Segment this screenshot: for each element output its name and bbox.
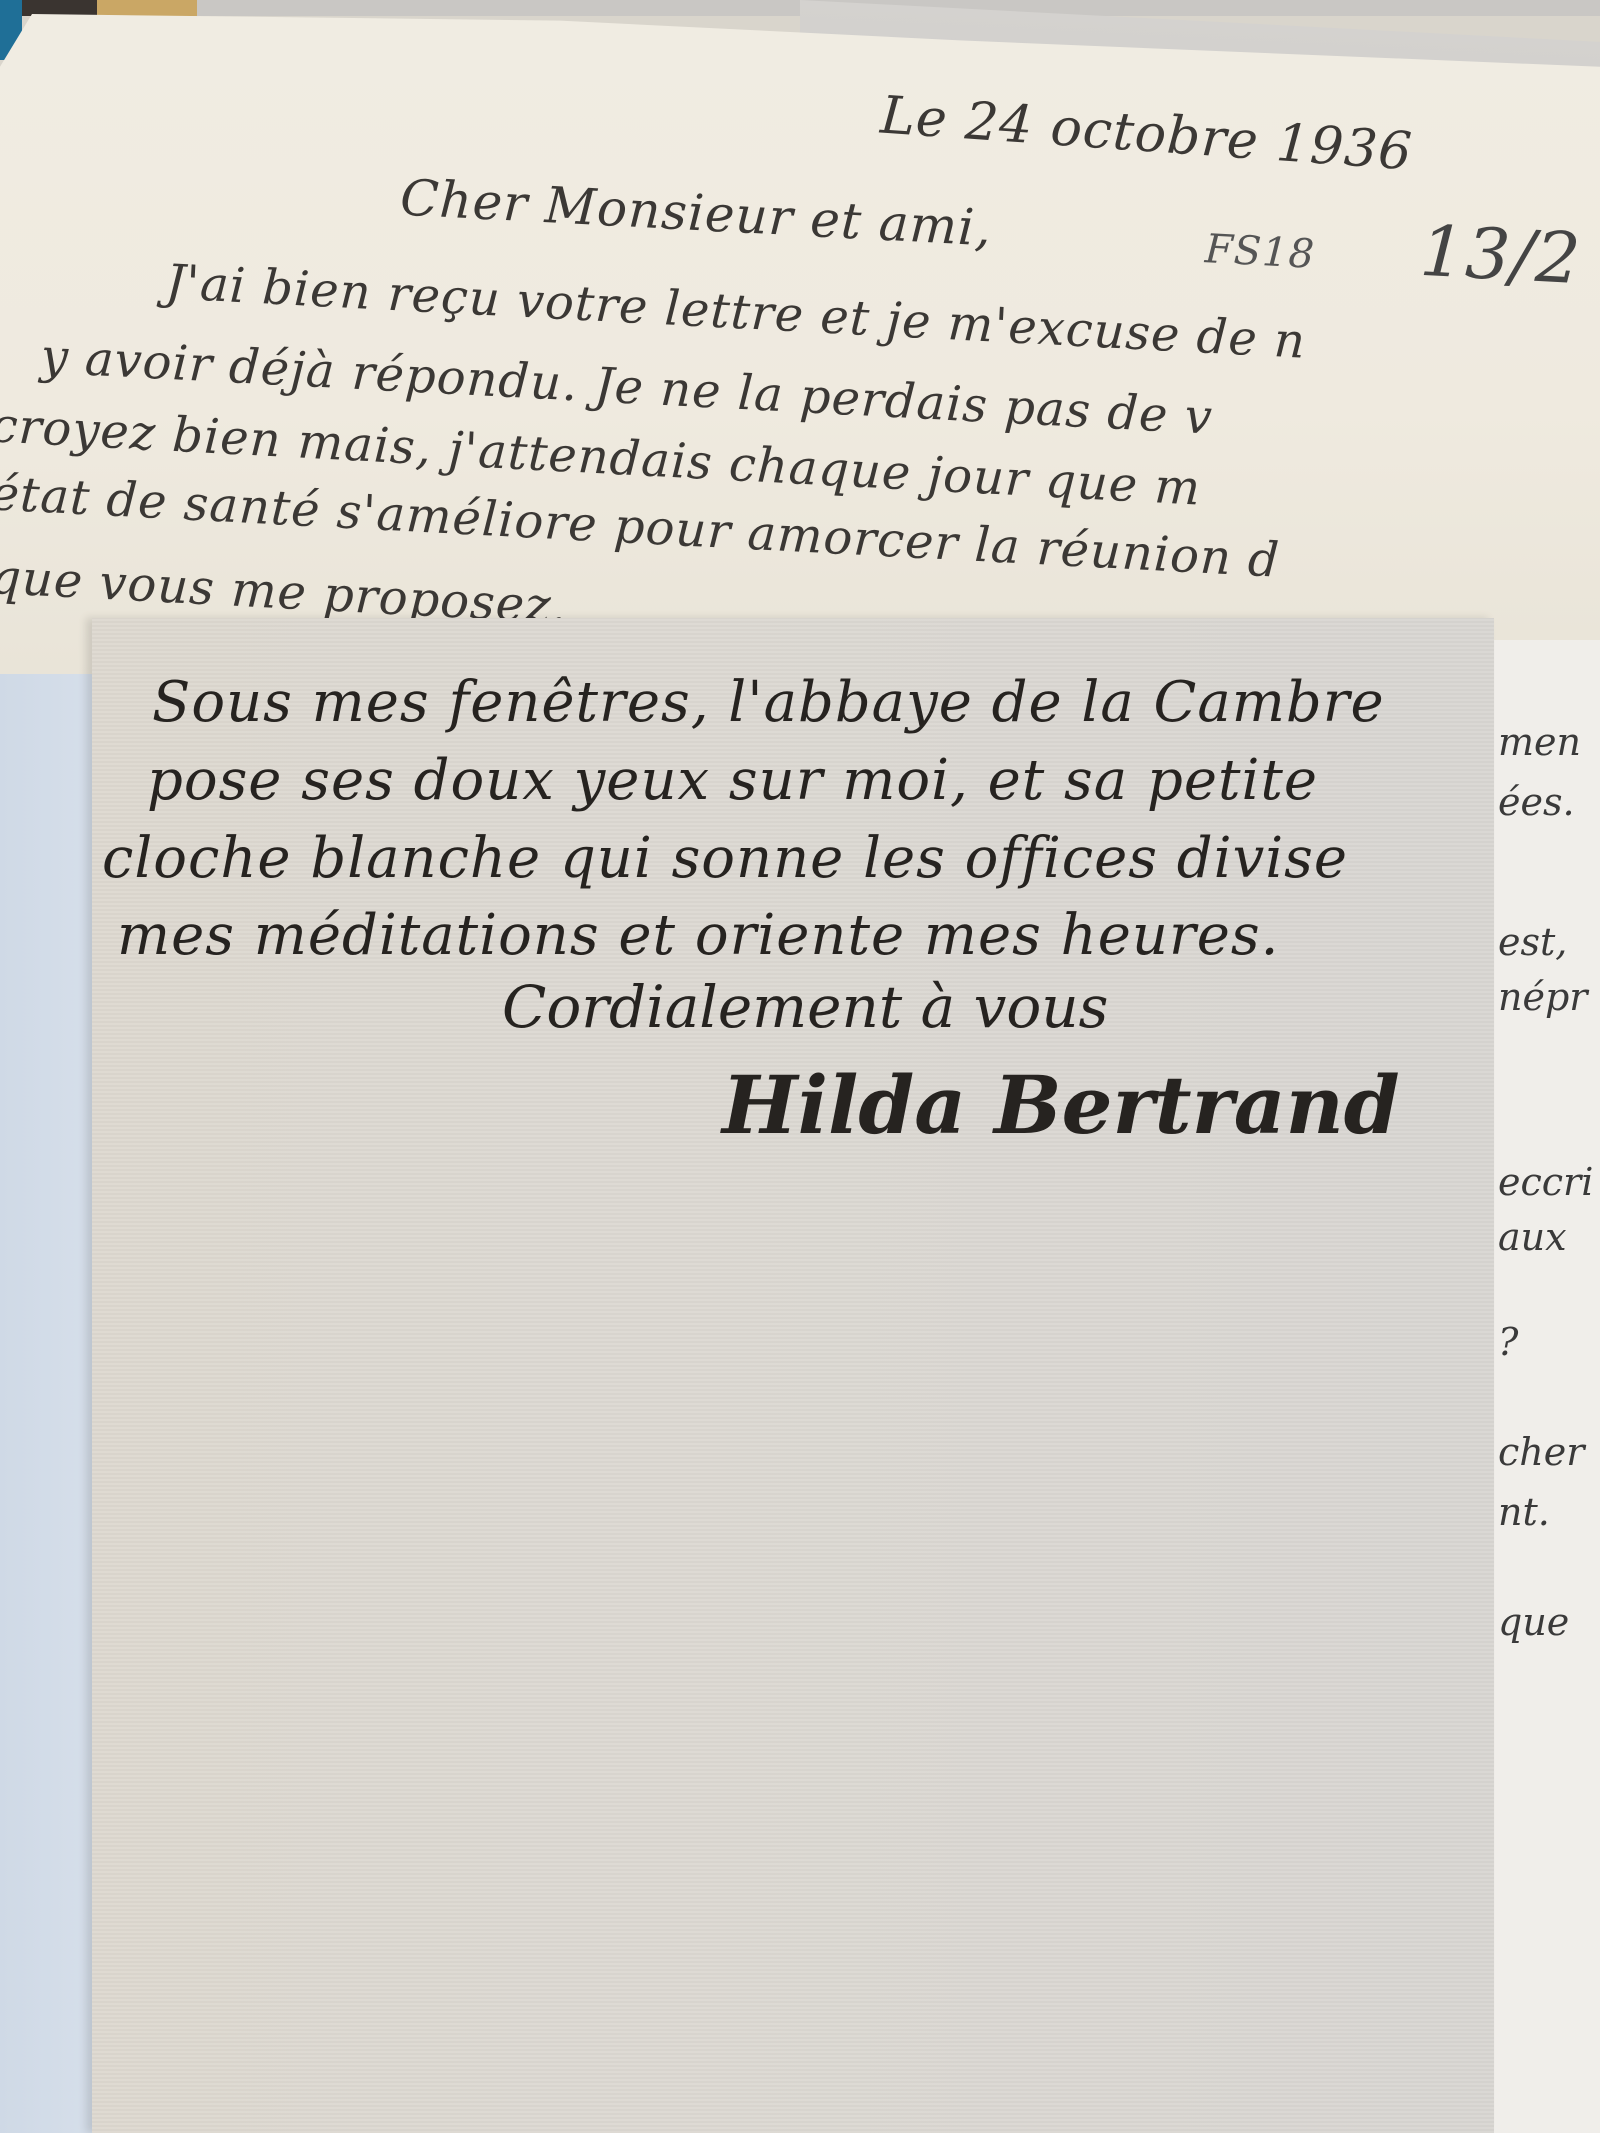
right-fragment: cher [1498, 1430, 1584, 1474]
signature: Hilda Bertrand [722, 1058, 1400, 1152]
right-fragment: nt. [1498, 1490, 1550, 1534]
background-gold-object [97, 0, 197, 16]
card-line-1: Sous mes fenêtres, l'abbaye de la Cambre [152, 670, 1385, 735]
card-line-4: mes méditations et oriente mes heures. [117, 903, 1279, 968]
right-fragment: men [1498, 720, 1581, 764]
page-number: 13/2 [1418, 210, 1583, 300]
right-fragment: aux [1498, 1215, 1567, 1259]
top-letter: Le 24 octobre 1936 Cher Monsieur et ami,… [0, 14, 1600, 674]
front-card: Sous mes fenêtres, l'abbaye de la Cambre… [92, 618, 1494, 2133]
card-line-2: pose ses doux yeux sur moi, et sa petite [147, 748, 1318, 813]
card-line-3: cloche blanche qui sonne les offices div… [102, 826, 1348, 891]
right-fragment: ées. [1498, 780, 1575, 824]
background-dark-object [22, 0, 97, 16]
right-fragment: ? [1498, 1320, 1518, 1364]
left-blue-sheet [0, 610, 100, 2133]
closing: Cordialement à vous [502, 973, 1108, 1041]
letter-salutation: Cher Monsieur et ami, [399, 169, 993, 258]
right-page-edge: men ées. est, népr eccri aux ? cher nt. … [1480, 640, 1600, 2133]
right-fragment: népr [1498, 975, 1587, 1019]
right-fragment: est, [1498, 920, 1567, 964]
reference-code: FS18 [1204, 226, 1316, 278]
right-fragment: que [1498, 1600, 1569, 1644]
letter-date: Le 24 octobre 1936 [879, 85, 1415, 182]
right-fragment: eccri [1498, 1160, 1593, 1204]
